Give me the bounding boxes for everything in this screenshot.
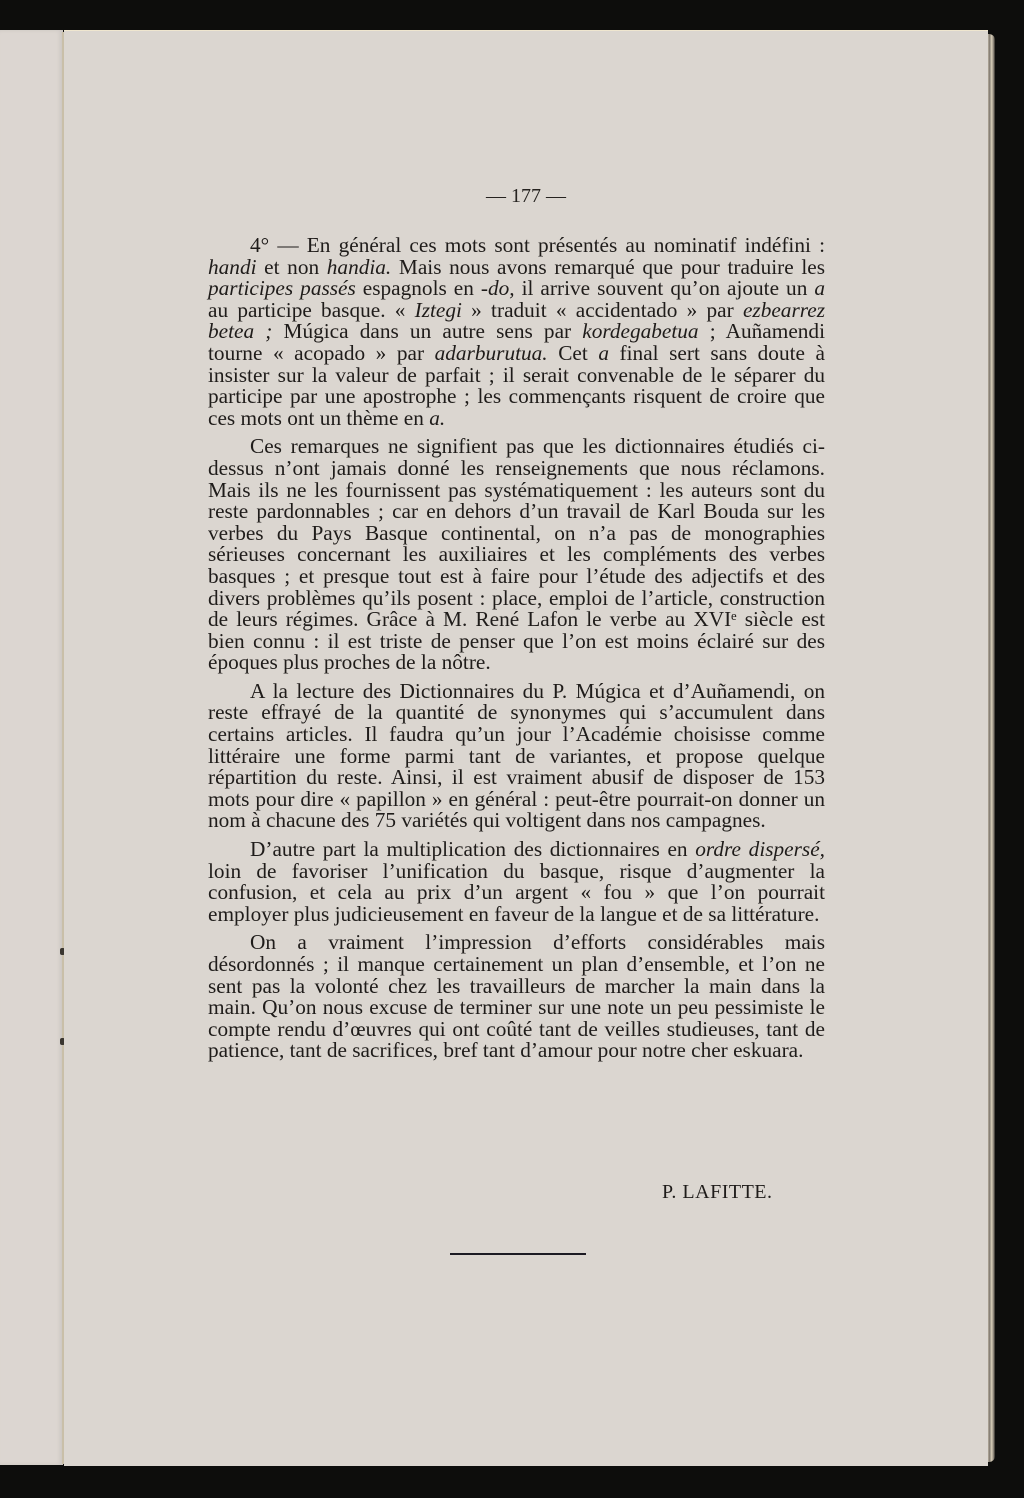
text-run: Múgica dans un autre sens par	[272, 319, 582, 343]
text-run: au participe basque. «	[208, 298, 415, 322]
author-signature: P. LAFITTE.	[662, 1181, 773, 1204]
left-page-margin	[0, 30, 63, 1465]
text-run: 4° — En général ces mots sont présentés …	[250, 233, 825, 257]
page-number: — 177 —	[64, 185, 988, 208]
book-page: — 177 — 4° — En général ces mots sont pr…	[64, 30, 988, 1466]
text-run: » traduit « accidentado » par	[462, 298, 743, 322]
italic-term: participes passés	[208, 276, 356, 300]
text-run: il arrive souvent qu’on ajoute un	[515, 276, 815, 300]
text-run: Ces remarques ne signifient pas que les …	[208, 434, 825, 674]
italic-term: a	[814, 276, 825, 300]
italic-term: a	[598, 341, 609, 365]
text-run: On a vraiment l’impression d’efforts con…	[208, 930, 825, 1062]
text-run: Mais nous avons remarqué que pour tradui…	[391, 255, 825, 279]
italic-term: kordegabetua	[582, 319, 698, 343]
paragraph: D’autre part la multiplication des dicti…	[208, 839, 825, 925]
paragraph: A la lecture des Dictionnaires du P. Múg…	[208, 681, 825, 832]
text-run: Cet	[548, 341, 599, 365]
paragraph: Ces remarques ne signifient pas que les …	[208, 436, 825, 674]
italic-term: handia.	[327, 255, 391, 279]
paragraph: On a vraiment l’impression d’efforts con…	[208, 932, 825, 1062]
italic-term: -do,	[481, 276, 515, 300]
text-run: A la lecture des Dictionnaires du P. Múg…	[208, 679, 825, 833]
end-rule-divider	[450, 1253, 586, 1255]
text-run: espagnols en	[356, 276, 481, 300]
italic-term: Iztegi	[415, 298, 462, 322]
text-run: et non	[257, 255, 327, 279]
italic-term: ordre dispersé,	[695, 837, 825, 861]
paragraph: 4° — En général ces mots sont présentés …	[208, 235, 825, 429]
italic-term: a.	[429, 406, 445, 430]
text-run: D’autre part la multiplication des dicti…	[250, 837, 695, 861]
italic-term: handi	[208, 255, 257, 279]
italic-term: adarburutua.	[435, 341, 548, 365]
body-text: 4° — En général ces mots sont présentés …	[208, 235, 825, 1069]
text-run: loin de favoriser l’unification du basqu…	[208, 859, 825, 926]
